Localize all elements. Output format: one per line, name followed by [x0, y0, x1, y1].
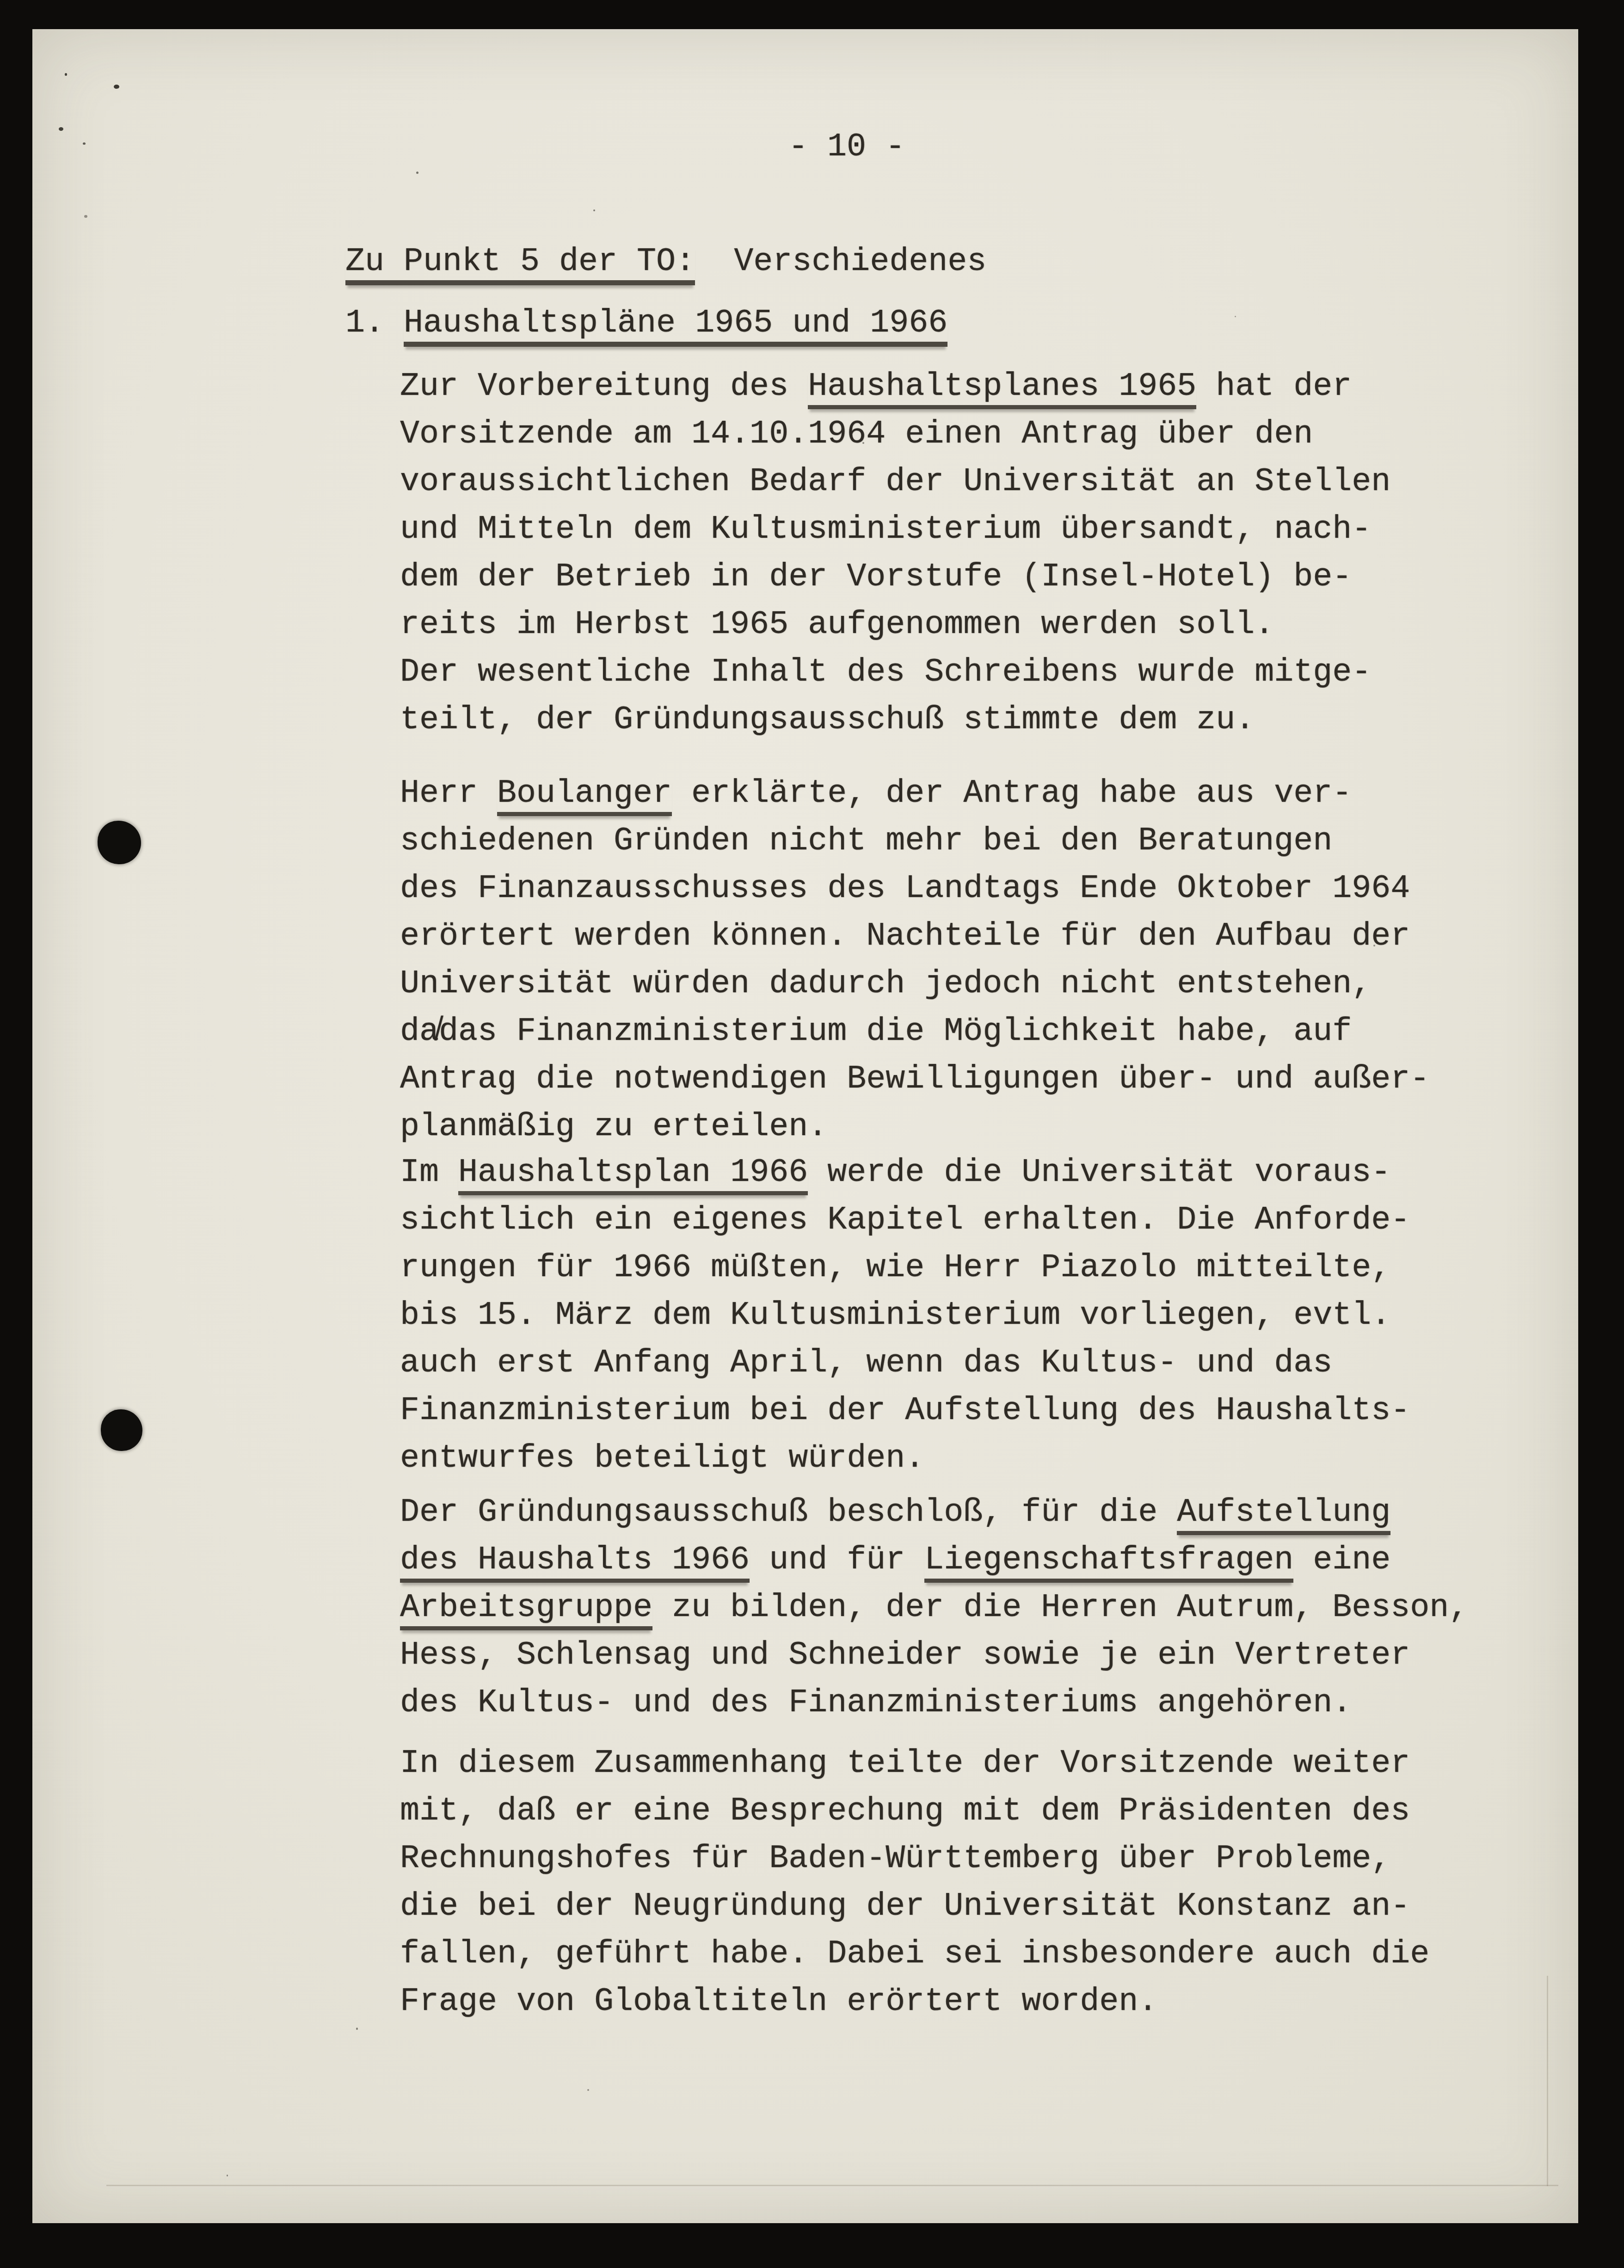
text-line: da̸das Finanzministerium die Möglichkeit…	[400, 1008, 1429, 1056]
paper-speck	[65, 73, 67, 76]
text-line: schiedenen Gründen nicht mehr bei den Be…	[400, 817, 1429, 865]
text-run: auch erst Anfang April, wenn das Kultus-…	[400, 1345, 1332, 1382]
text-line: Finanzministerium bei der Aufstellung de…	[400, 1387, 1410, 1435]
paper-speck	[862, 442, 864, 444]
paper-speck	[83, 142, 86, 145]
text-run: Hess, Schlensag und Schneider sowie je e…	[400, 1637, 1410, 1674]
text-line: des Haushalts 1966 und für Liegenschafts…	[400, 1537, 1468, 1584]
text-line: Arbeitsgruppe zu bilden, der die Herren …	[400, 1584, 1468, 1632]
text-line: sichtlich ein eigenes Kapitel erhalten. …	[400, 1197, 1410, 1244]
punch-hole	[101, 1409, 142, 1451]
text-run: planmäßig zu erteilen.	[400, 1109, 827, 1145]
text-line: teilt, der Gründungsausschuß stimmte dem…	[400, 696, 1390, 744]
text-line: Rechnungshofes für Baden-Württemberg übe…	[400, 1835, 1429, 1883]
paragraph: Im Haushaltsplan 1966 werde die Universi…	[400, 1149, 1410, 1482]
text-run: da̸das Finanzministerium die Möglichkeit…	[400, 1014, 1352, 1050]
text-line: auch erst Anfang April, wenn das Kultus-…	[400, 1340, 1410, 1387]
text-line: rungen für 1966 müßten, wie Herr Piazolo…	[400, 1244, 1410, 1292]
scanned-document-page: - 10 - Zu Punkt 5 der TO: Verschiedenes …	[0, 0, 1624, 2268]
paper-speck	[587, 2089, 589, 2091]
text-run: Vorsitzende am 14.10.1964 einen Antrag ü…	[400, 416, 1313, 453]
text-line: planmäßig zu erteilen.	[400, 1103, 1429, 1151]
underlined-text-run: Haushaltsplan 1966	[458, 1155, 808, 1195]
text-run: dem der Betrieb in der Vorstufe (Insel-H…	[400, 559, 1352, 596]
text-run: und für	[750, 1542, 924, 1579]
paragraph: Der Gründungsausschuß beschloß, für die …	[400, 1489, 1468, 1727]
paper-speck	[593, 209, 595, 211]
text-run: voraussichtlichen Bedarf der Universität…	[400, 464, 1390, 500]
text-run: Finanzministerium bei der Aufstellung de…	[400, 1393, 1410, 1429]
item-heading: 1. Haushaltspläne 1965 und 1966	[345, 300, 947, 347]
paper-speck	[84, 215, 87, 218]
text-line: erörtert werden können. Nachteile für de…	[400, 913, 1429, 960]
text-line: In diesem Zusammenhang teilte der Vorsit…	[400, 1740, 1429, 1788]
text-run: erörtert werden können. Nachteile für de…	[400, 918, 1410, 955]
text-line: Herr Boulanger erklärte, der Antrag habe…	[400, 770, 1429, 817]
text-run: Zur Vorbereitung des	[400, 369, 808, 405]
text-run: und Mitteln dem Kultusministerium übersa…	[400, 511, 1371, 548]
text-run: schiedenen Gründen nicht mehr bei den Be…	[400, 823, 1332, 860]
text-line: des Kultus- und des Finanzministeriums a…	[400, 1679, 1468, 1727]
text-run: In diesem Zusammenhang teilte der Vorsit…	[400, 1746, 1410, 1782]
text-line: reits im Herbst 1965 aufgenommen werden …	[400, 601, 1390, 649]
text-line: und Mitteln dem Kultusministerium übersa…	[400, 506, 1390, 553]
paper-speck	[416, 172, 418, 174]
text-line: Vorsitzende am 14.10.1964 einen Antrag ü…	[400, 411, 1390, 458]
text-run: reits im Herbst 1965 aufgenommen werden …	[400, 607, 1274, 643]
underlined-text-run: Haushaltspläne 1965 und 1966	[404, 305, 947, 347]
text-line: Frage von Globaltiteln erörtert worden.	[400, 1978, 1429, 2026]
underlined-text-run: Haushaltsplanes 1965	[808, 369, 1196, 409]
underlined-text-run: Liegenschaftsfragen	[924, 1542, 1293, 1583]
text-run: Verschiedenes	[695, 244, 986, 280]
text-line: mit, daß er eine Besprechung mit dem Prä…	[400, 1788, 1429, 1835]
paper-sheet: - 10 - Zu Punkt 5 der TO: Verschiedenes …	[32, 29, 1578, 2223]
paper-speck	[227, 2175, 228, 2176]
text-run: Herr	[400, 775, 497, 812]
text-run: rungen für 1966 müßten, wie Herr Piazolo…	[400, 1250, 1390, 1286]
text-line: Antrag die notwendigen Bewilligungen übe…	[400, 1056, 1429, 1103]
text-run: die bei der Neugründung der Universität …	[400, 1888, 1410, 1925]
paper-speck	[59, 127, 63, 131]
text-run: Im	[400, 1155, 458, 1191]
text-line: entwurfes beteiligt würden.	[400, 1435, 1410, 1482]
text-run: Antrag die notwendigen Bewilligungen übe…	[400, 1061, 1429, 1098]
paper-speck	[1235, 316, 1236, 317]
text-run: sichtlich ein eigenes Kapitel erhalten. …	[400, 1202, 1410, 1239]
underlined-text-run: Boulanger	[497, 775, 672, 816]
underlined-text-run: Zu Punkt 5 der TO:	[345, 244, 695, 285]
text-line: fallen, geführt habe. Dabei sei insbeson…	[400, 1930, 1429, 1978]
text-run: eine	[1293, 1542, 1390, 1579]
page-number: - 10 -	[788, 123, 905, 171]
text-line: die bei der Neugründung der Universität …	[400, 1883, 1429, 1930]
punch-hole	[98, 821, 141, 864]
text-run: werde die Universität voraus-	[808, 1155, 1390, 1191]
text-line: voraussichtlichen Bedarf der Universität…	[400, 458, 1390, 506]
text-run: des Finanzausschusses des Landtags Ende …	[400, 871, 1410, 907]
text-run: entwurfes beteiligt würden.	[400, 1440, 924, 1477]
text-line: Zur Vorbereitung des Haushaltsplanes 196…	[400, 363, 1390, 411]
text-run: Universität würden dadurch jedoch nicht …	[400, 966, 1371, 1002]
typewritten-text-layer: - 10 - Zu Punkt 5 der TO: Verschiedenes …	[32, 29, 1578, 2223]
text-run: Rechnungshofes für Baden-Württemberg übe…	[400, 1841, 1390, 1877]
crease-line	[106, 2185, 1558, 2186]
text-run: des Kultus- und des Finanzministeriums a…	[400, 1685, 1352, 1721]
text-run: Der wesentliche Inhalt des Schreibens wu…	[400, 654, 1371, 691]
text-line: des Finanzausschusses des Landtags Ende …	[400, 865, 1429, 913]
paper-speck	[356, 2028, 358, 2030]
text-run: 1.	[345, 305, 404, 342]
text-line: dem der Betrieb in der Vorstufe (Insel-H…	[400, 553, 1390, 601]
crease-line	[1547, 1976, 1548, 2186]
text-line: Der Gründungsausschuß beschloß, für die …	[400, 1489, 1468, 1537]
paragraph: Zur Vorbereitung des Haushaltsplanes 196…	[400, 363, 1390, 744]
text-run: Frage von Globaltiteln erörtert worden.	[400, 1984, 1157, 2020]
underlined-text-run: Arbeitsgruppe	[400, 1590, 652, 1630]
paragraph: Herr Boulanger erklärte, der Antrag habe…	[400, 770, 1429, 1151]
text-line: Hess, Schlensag und Schneider sowie je e…	[400, 1632, 1468, 1679]
text-line: Im Haushaltsplan 1966 werde die Universi…	[400, 1149, 1410, 1197]
underlined-text-run: des Haushalts 1966	[400, 1542, 750, 1583]
text-run: zu bilden, der die Herren Autrum, Besson…	[652, 1590, 1468, 1626]
text-line: Universität würden dadurch jedoch nicht …	[400, 960, 1429, 1008]
text-run: fallen, geführt habe. Dabei sei insbeson…	[400, 1936, 1429, 1973]
text-run: hat der	[1196, 369, 1352, 405]
text-line: bis 15. März dem Kultusministerium vorli…	[400, 1292, 1410, 1340]
paper-speck	[114, 85, 119, 89]
text-run: erklärte, der Antrag habe aus ver-	[672, 775, 1352, 812]
underlined-text-run: Aufstellung	[1177, 1494, 1390, 1535]
text-run: bis 15. März dem Kultusministerium vorli…	[400, 1297, 1390, 1334]
text-run: mit, daß er eine Besprechung mit dem Prä…	[400, 1793, 1410, 1830]
text-line: Der wesentliche Inhalt des Schreibens wu…	[400, 649, 1390, 696]
text-run: Der Gründungsausschuß beschloß, für die	[400, 1494, 1177, 1531]
section-heading: Zu Punkt 5 der TO: Verschiedenes	[345, 238, 986, 286]
paper-speck	[1373, 945, 1375, 947]
paragraph: In diesem Zusammenhang teilte der Vorsit…	[400, 1740, 1429, 2026]
text-run: teilt, der Gründungsausschuß stimmte dem…	[400, 702, 1255, 738]
